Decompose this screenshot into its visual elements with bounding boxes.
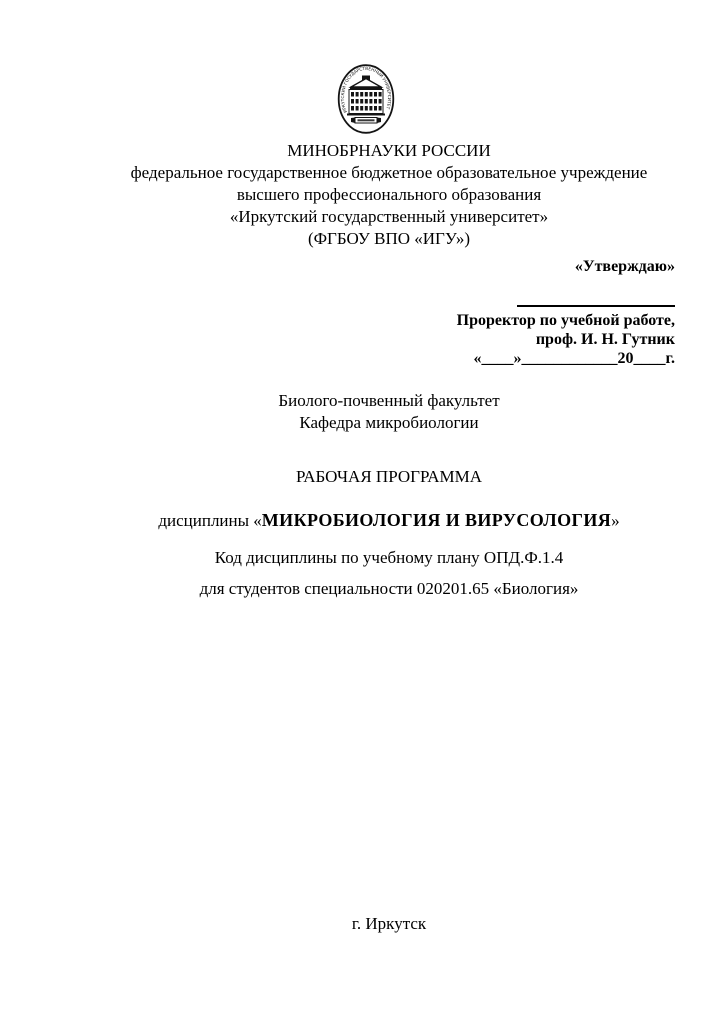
program-type-title: РАБОЧАЯ ПРОГРАММА [100,466,678,488]
signature-line [517,297,675,307]
specialty-line: для студентов специальности 020201.65 «Б… [100,578,678,600]
approval-date-line: «____»____________20____г. [315,349,675,368]
university-seal-logo: ИРКУТСКИЙ ГОСУДАРСТВЕННЫЙ УНИВЕРСИТЕТ [337,64,395,134]
approval-block: «Утверждаю» Проректор по учебной работе,… [315,257,675,368]
university-abbreviation: (ФГБОУ ВПО «ИГУ») [100,228,678,250]
university-seal-icon: ИРКУТСКИЙ ГОСУДАРСТВЕННЫЙ УНИВЕРСИТЕТ [337,64,395,134]
discipline-suffix: » [611,511,620,530]
approver-position: Проректор по учебной работе, [315,311,675,330]
institution-line-1: федеральное государственное бюджетное об… [100,162,678,184]
department-name: Кафедра микробиологии [100,412,678,434]
faculty-name: Биолого-почвенный факультет [100,390,678,412]
document-page: ИРКУТСКИЙ ГОСУДАРСТВЕННЫЙ УНИВЕРСИТЕТ [0,0,725,1024]
university-name: «Иркутский государственный университет» [100,206,678,228]
faculty-block: Биолого-почвенный факультет Кафедра микр… [100,390,678,434]
approval-lines: Проректор по учебной работе, проф. И. Н.… [315,311,675,368]
discipline-prefix: дисциплины « [158,511,261,530]
discipline-code-line: Код дисциплины по учебному плану ОПД.Ф.1… [100,547,678,569]
discipline-name: МИКРОБИОЛОГИЯ И ВИРУСОЛОГИЯ [262,510,611,530]
approver-name: проф. И. Н. Гутник [315,330,675,349]
program-title-block: РАБОЧАЯ ПРОГРАММА дисциплины «МИКРОБИОЛО… [100,466,678,600]
signature-row [315,293,675,303]
approve-label: «Утверждаю» [315,257,675,276]
footer-city: г. Иркутск [100,913,678,935]
discipline-line: дисциплины «МИКРОБИОЛОГИЯ И ВИРУСОЛОГИЯ» [100,508,678,533]
institution-line-2: высшего профессионального образования [100,184,678,206]
institution-header: МИНОБРНАУКИ РОССИИ федеральное государст… [100,140,678,250]
ministry-line: МИНОБРНАУКИ РОССИИ [100,140,678,162]
